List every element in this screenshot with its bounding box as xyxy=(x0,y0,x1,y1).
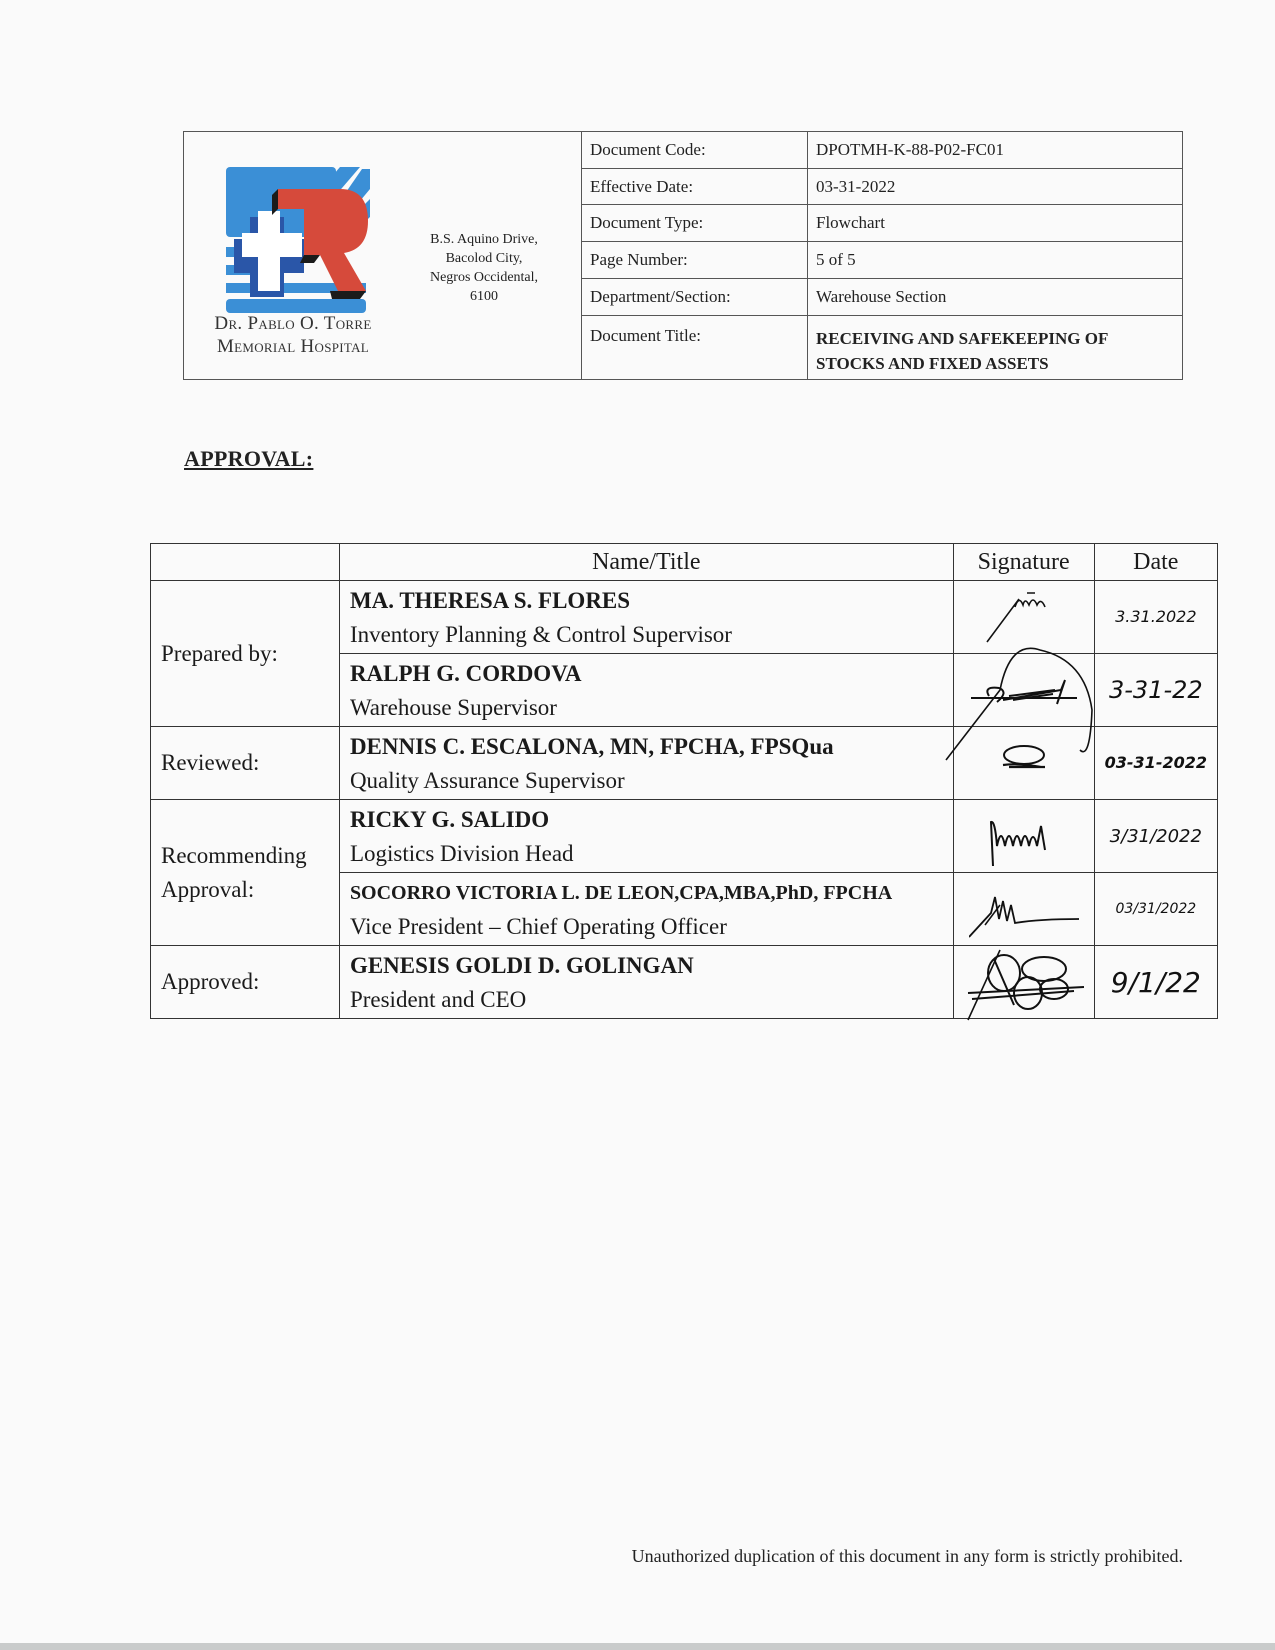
column-header-signature: Signature xyxy=(953,544,1094,581)
document-title-line2: STOCKS AND FIXED ASSETS xyxy=(816,351,1174,376)
info-row: Department/Section: Warehouse Section xyxy=(582,279,1183,316)
document-title-value: RECEIVING AND SAFEKEEPING OF STOCKS AND … xyxy=(808,316,1183,380)
hospital-branding: Dr. Pablo O. Torre Memorial Hospital B.S… xyxy=(184,132,581,379)
department-label: Department/Section: xyxy=(582,279,808,316)
date-cell: 03-31-2022 xyxy=(1094,727,1217,800)
hospital-name: Dr. Pablo O. Torre Memorial Hospital xyxy=(198,312,388,358)
role-line2: Approval: xyxy=(161,873,329,907)
address-line: B.S. Aquino Drive, xyxy=(414,230,554,249)
document-code-value: DPOTMH-K-88-P02-FC01 xyxy=(808,132,1183,168)
signature-icon xyxy=(979,806,1069,866)
date-value: 03/31/2022 xyxy=(1115,901,1196,917)
table-row: Reviewed: DENNIS C. ESCALONA, MN, FPCHA,… xyxy=(151,727,1218,800)
document-info-table: Document Code: DPOTMH-K-88-P02-FC01 Effe… xyxy=(581,132,1182,379)
signature-icon xyxy=(964,949,1084,1015)
approval-table: Name/Title Signature Date Prepared by: M… xyxy=(150,543,1218,1019)
person-title: Vice President – Chief Operating Officer xyxy=(350,910,943,944)
info-row: Document Code: DPOTMH-K-88-P02-FC01 xyxy=(582,132,1183,168)
person-cell: MA. THERESA S. FLORES Inventory Planning… xyxy=(339,581,953,654)
signature-cell xyxy=(953,581,1094,654)
person-cell: SOCORRO VICTORIA L. DE LEON,CPA,MBA,PhD,… xyxy=(339,873,953,946)
table-row: Recommending Approval: RICKY G. SALIDO L… xyxy=(151,800,1218,873)
person-cell: RALPH G. CORDOVA Warehouse Supervisor xyxy=(339,654,953,727)
date-cell: 3-31-22 xyxy=(1094,654,1217,727)
date-cell: 3.31.2022 xyxy=(1094,581,1217,654)
signature-cell xyxy=(953,946,1094,1019)
date-cell: 03/31/2022 xyxy=(1094,873,1217,946)
scan-edge xyxy=(0,1643,1275,1650)
signature-cell xyxy=(953,873,1094,946)
date-cell: 9/1/22 xyxy=(1094,946,1217,1019)
signature-icon xyxy=(979,587,1069,647)
signature-icon xyxy=(969,879,1079,939)
address-line: Negros Occidental, xyxy=(414,268,554,287)
address-line: Bacolod City, xyxy=(414,249,554,268)
date-value: 03-31-2022 xyxy=(1105,753,1207,772)
person-name: SOCORRO VICTORIA L. DE LEON,CPA,MBA,PhD,… xyxy=(350,876,943,910)
approval-header-row: Name/Title Signature Date xyxy=(151,544,1218,581)
person-name: RICKY G. SALIDO xyxy=(350,803,943,837)
role-approved: Approved: xyxy=(151,946,340,1019)
footer-notice: Unauthorized duplication of this documen… xyxy=(632,1546,1183,1567)
person-title: Inventory Planning & Control Supervisor xyxy=(350,618,943,652)
signature-icon xyxy=(979,733,1069,793)
date-value: 9/1/22 xyxy=(1111,966,1201,999)
role-prepared-by: Prepared by: xyxy=(151,581,340,727)
document-type-label: Document Type: xyxy=(582,205,808,242)
role-recommending-approval: Recommending Approval: xyxy=(151,800,340,946)
info-row: Document Type: Flowchart xyxy=(582,205,1183,242)
role-line1: Recommending xyxy=(161,839,329,873)
column-header-role xyxy=(151,544,340,581)
hospital-logo-icon xyxy=(220,159,380,314)
info-row: Document Title: RECEIVING AND SAFEKEEPIN… xyxy=(582,316,1183,380)
document-title-line1: RECEIVING AND SAFEKEEPING OF xyxy=(816,326,1174,351)
approval-heading: APPROVAL: xyxy=(184,446,313,472)
role-reviewed: Reviewed: xyxy=(151,727,340,800)
person-name: MA. THERESA S. FLORES xyxy=(350,584,943,618)
person-title: President and CEO xyxy=(350,983,943,1017)
signature-cell xyxy=(953,727,1094,800)
signature-cell xyxy=(953,654,1094,727)
date-value: 3-31-22 xyxy=(1109,676,1203,704)
table-row: Approved: GENESIS GOLDI D. GOLINGAN Pres… xyxy=(151,946,1218,1019)
page-number-label: Page Number: xyxy=(582,242,808,279)
person-title: Logistics Division Head xyxy=(350,837,943,871)
effective-date-label: Effective Date: xyxy=(582,168,808,205)
hospital-address: B.S. Aquino Drive, Bacolod City, Negros … xyxy=(414,230,554,306)
page-number-value: 5 of 5 xyxy=(808,242,1183,279)
department-value: Warehouse Section xyxy=(808,279,1183,316)
document-title-label: Document Title: xyxy=(582,316,808,380)
person-title: Warehouse Supervisor xyxy=(350,691,943,725)
hospital-name-line1: Dr. Pablo O. Torre xyxy=(198,312,388,335)
table-row: Prepared by: MA. THERESA S. FLORES Inven… xyxy=(151,581,1218,654)
document-code-label: Document Code: xyxy=(582,132,808,168)
info-row: Effective Date: 03-31-2022 xyxy=(582,168,1183,205)
document-header: Dr. Pablo O. Torre Memorial Hospital B.S… xyxy=(183,131,1183,380)
person-name: GENESIS GOLDI D. GOLINGAN xyxy=(350,949,943,983)
column-header-name-title: Name/Title xyxy=(339,544,953,581)
date-value: 3/31/2022 xyxy=(1110,826,1202,847)
person-cell: GENESIS GOLDI D. GOLINGAN President and … xyxy=(339,946,953,1019)
signature-cell xyxy=(953,800,1094,873)
column-header-date: Date xyxy=(1094,544,1217,581)
effective-date-value: 03-31-2022 xyxy=(808,168,1183,205)
person-name: DENNIS C. ESCALONA, MN, FPCHA, FPSQua xyxy=(350,730,943,764)
person-cell: DENNIS C. ESCALONA, MN, FPCHA, FPSQua Qu… xyxy=(339,727,953,800)
date-value: 3.31.2022 xyxy=(1115,607,1196,626)
person-name: RALPH G. CORDOVA xyxy=(350,657,943,691)
hospital-name-line2: Memorial Hospital xyxy=(198,335,388,358)
person-cell: RICKY G. SALIDO Logistics Division Head xyxy=(339,800,953,873)
person-title: Quality Assurance Supervisor xyxy=(350,764,943,798)
info-row: Page Number: 5 of 5 xyxy=(582,242,1183,279)
signature-icon xyxy=(969,660,1079,720)
date-cell: 3/31/2022 xyxy=(1094,800,1217,873)
document-type-value: Flowchart xyxy=(808,205,1183,242)
address-line: 6100 xyxy=(414,287,554,306)
